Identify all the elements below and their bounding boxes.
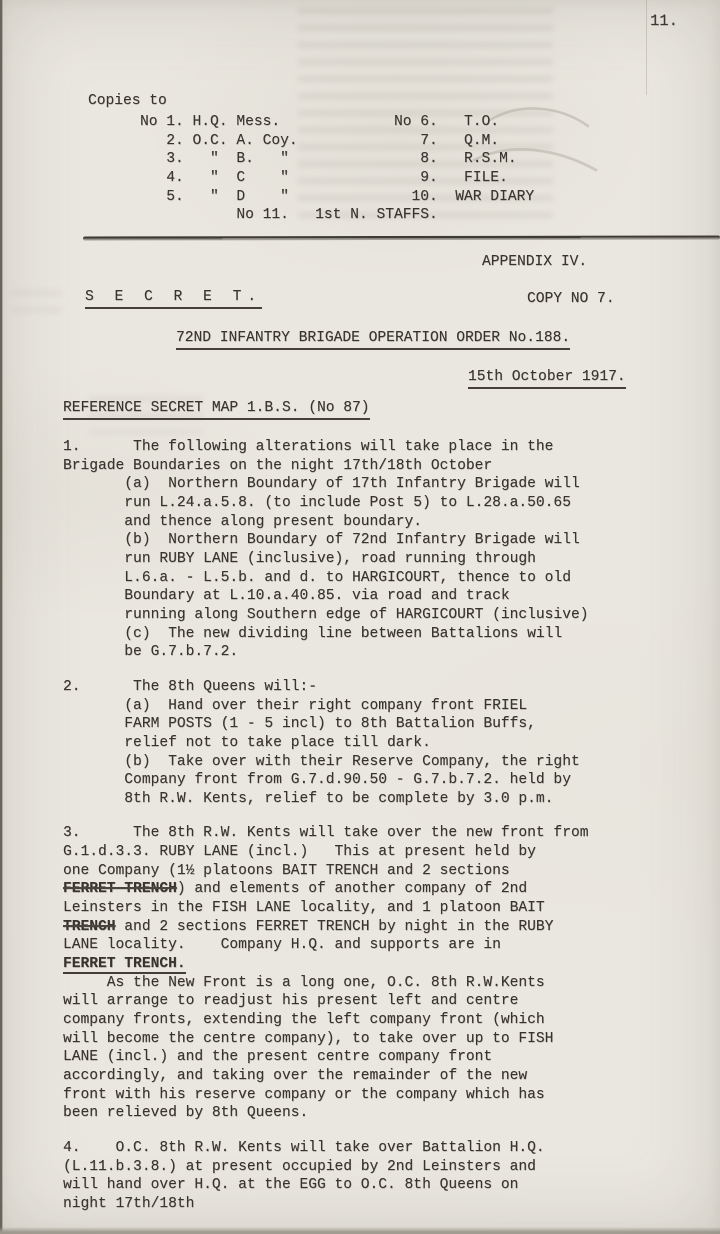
text-line: relief not to take place till dark. [63,734,720,753]
text-line: Leinsters in the FISH LANE locality, and… [63,899,720,918]
text-line: LANE (incl.) and the present centre comp… [63,1048,720,1067]
text-line: (a) Northern Boundary of 17th Infantry B… [63,475,720,494]
text-line: No 1. H.Q. Mess. No 6. T.O. [140,113,534,132]
page-bottom-edge [0,1227,720,1234]
page-number: 11. [650,12,678,31]
text-line: run RUBY LANE (inclusive), road running … [63,550,720,569]
text-line: will hand over H.Q. at the EGG to O.C. 8… [63,1176,720,1195]
text-line: 2. O.C. A. Coy. 7. Q.M. [140,132,534,151]
text-line: L.6.a. - L.5.b. and d. to HARGICOURT, th… [63,569,720,588]
distribution-list: No 1. H.Q. Mess. No 6. T.O. 2. O.C. A. C… [140,113,534,225]
order-title: 72ND INFANTRY BRIGADE OPERATION ORDER No… [176,329,570,348]
text-line: (b) Northern Boundary of 72nd Infantry B… [63,531,720,550]
horizontal-rule [83,236,720,241]
order-paragraph: 4. O.C. 8th R.W. Kents will take over Ba… [63,1139,720,1214]
text-line: 8th R.W. Kents, relief to be complete by… [63,790,720,809]
text-line: 4. " C " 9. FILE. [140,169,534,188]
bleed-through-smudge [12,290,62,314]
text-line: FARM POSTS (1 - 5 incl) to 8th Battalion… [63,715,720,734]
text-line: No 11. 1st N. STAFFS. [140,206,534,225]
text-line: company fronts, extending the left compa… [63,1011,720,1030]
text-line: G.1.d.3.3. RUBY LANE (incl.) This at pre… [63,843,720,862]
text-line: 1. The following alterations will take p… [63,438,720,457]
appendix-label: APPENDIX IV. [482,253,587,272]
text-line: run L.24.a.5.8. (to include Post 5) to L… [63,494,720,513]
text-line: will become the centre company), to take… [63,1030,720,1049]
text-line: night 17th/18th [63,1195,720,1214]
text-line: front with his reserve company or the co… [63,1086,720,1105]
text-line: (c) The new dividing line between Battal… [63,625,720,644]
text-line: Boundary at L.10.a.40.85. via road and t… [63,587,720,606]
text-line: running along Southern edge of HARGICOUR… [63,606,720,625]
text-line: FERRET TRENCH) and elements of another c… [63,880,720,899]
classification-label: S E C R E T. [85,288,262,307]
paper-crease [646,0,647,95]
text-line: one Company (1½ platoons BAIT TRENCH and… [63,862,720,881]
text-line: FERRET TRENCH. [63,955,720,974]
text-line: (b) Take over with their Reserve Company… [63,753,720,772]
order-body: 1. The following alterations will take p… [63,438,720,1230]
document-page: 11. Copies to No 1. H.Q. Mess. No 6. T.O… [0,0,720,1234]
text-line: 5. " D " 10. WAR DIARY [140,188,534,207]
text-line: (L.11.b.3.8.) at present occupied by 2nd… [63,1158,720,1177]
copy-number: COPY NO 7. [527,290,615,309]
order-paragraph: 1. The following alterations will take p… [63,438,720,662]
text-line: 3. " B. " 8. R.S.M. [140,150,534,169]
order-paragraph: 2. The 8th Queens will:- (a) Hand over t… [63,678,720,809]
order-paragraph: 3. The 8th R.W. Kents will take over the… [63,824,720,1123]
text-line: will arrange to readjust his present lef… [63,992,720,1011]
text-line: be G.7.b.7.2. [63,643,720,662]
text-line: 2. The 8th Queens will:- [63,678,720,697]
text-line: 3. The 8th R.W. Kents will take over the… [63,824,720,843]
text-line: Company front from G.7.d.90.50 - G.7.b.7… [63,771,720,790]
secret-text: S E C R E T. [85,289,262,309]
text-line: accordingly, and taking over the remaind… [63,1067,720,1086]
map-reference: REFERENCE SECRET MAP 1.B.S. (No 87) [63,399,370,418]
order-date: 15th October 1917. [468,368,626,387]
text-line: Brigade Boundaries on the night 17th/18t… [63,457,720,476]
text-line: TRENCH and 2 sections FERRET TRENCH by n… [63,918,720,937]
text-line: 4. O.C. 8th R.W. Kents will take over Ba… [63,1139,720,1158]
page-left-edge-highlight [2,0,3,1234]
text-line: LANE locality. Company H.Q. and supports… [63,936,720,955]
text-line: As the New Front is a long one, O.C. 8th… [63,974,720,993]
text-line: been relieved by 8th Queens. [63,1104,720,1123]
text-line: (a) Hand over their right company front … [63,697,720,716]
text-line: and thence along present boundary. [63,513,720,532]
copies-to-label: Copies to [88,92,167,111]
